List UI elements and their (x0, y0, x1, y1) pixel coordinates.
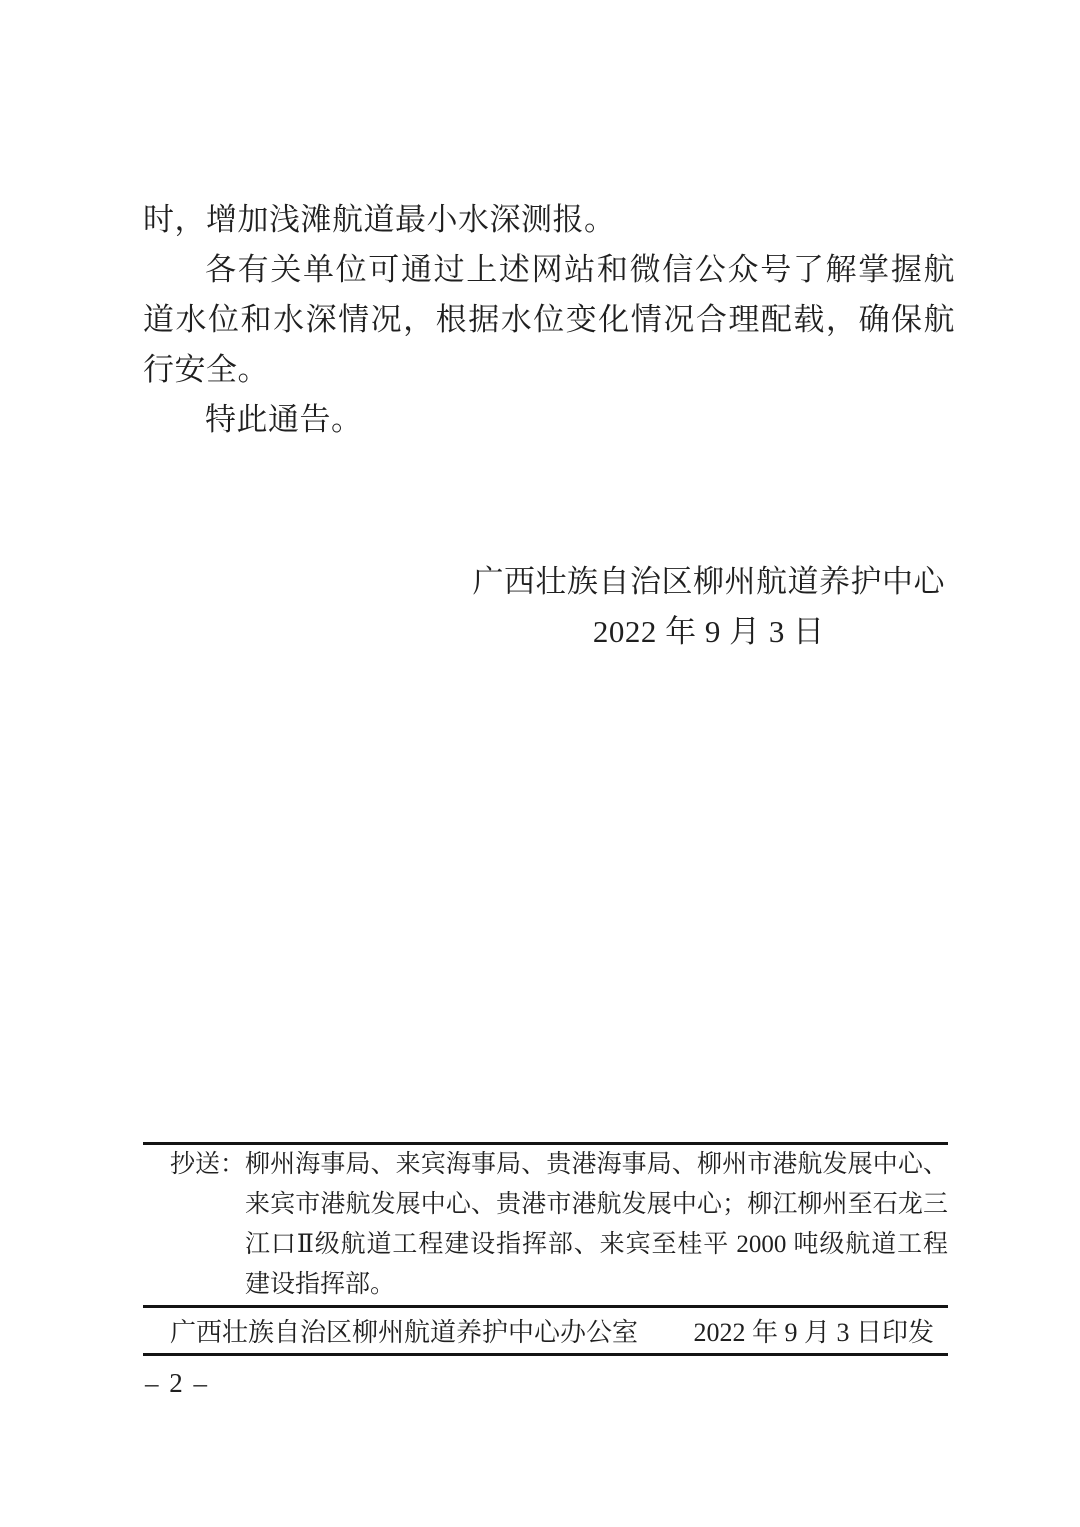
footer-row: 广西壮族自治区柳州航道养护中心办公室 2022 年 9 月 3 日印发 (143, 1307, 948, 1356)
cc-list: 柳州海事局、来宾海事局、贵港海事局、柳州市港航发展中心、来宾市港航发展中心、贵港… (245, 1145, 948, 1305)
issuer-name: 广西壮族自治区柳州航道养护中心 (473, 557, 946, 607)
issue-date: 2022 年 9 月 3 日 (473, 607, 946, 657)
signature-block: 广西壮族自治区柳州航道养护中心 2022 年 9 月 3 日 (473, 557, 946, 657)
body-paragraph: 各有关单位可通过上述网站和微信公众号了解掌握航道水位和水深情况，根据水位变化情况… (143, 245, 955, 395)
cc-label: 抄送： (143, 1145, 245, 1185)
issuing-office: 广西壮族自治区柳州航道养护中心办公室 (170, 1312, 638, 1349)
print-date: 2022 年 9 月 3 日印发 (693, 1312, 934, 1349)
page-number: – 2 – (145, 1368, 209, 1399)
body-paragraph-continuation: 时，增加浅滩航道最小水深测报。 (143, 195, 955, 245)
body-paragraph-closing: 特此通告。 (143, 395, 955, 445)
document-page: 时，增加浅滩航道最小水深测报。 各有关单位可通过上述网站和微信公众号了解掌握航道… (0, 0, 1080, 1527)
body-text-block: 时，增加浅滩航道最小水深测报。 各有关单位可通过上述网站和微信公众号了解掌握航道… (143, 195, 955, 445)
cc-section: 抄送： 柳州海事局、来宾海事局、贵港海事局、柳州市港航发展中心、来宾市港航发展中… (143, 1142, 948, 1308)
